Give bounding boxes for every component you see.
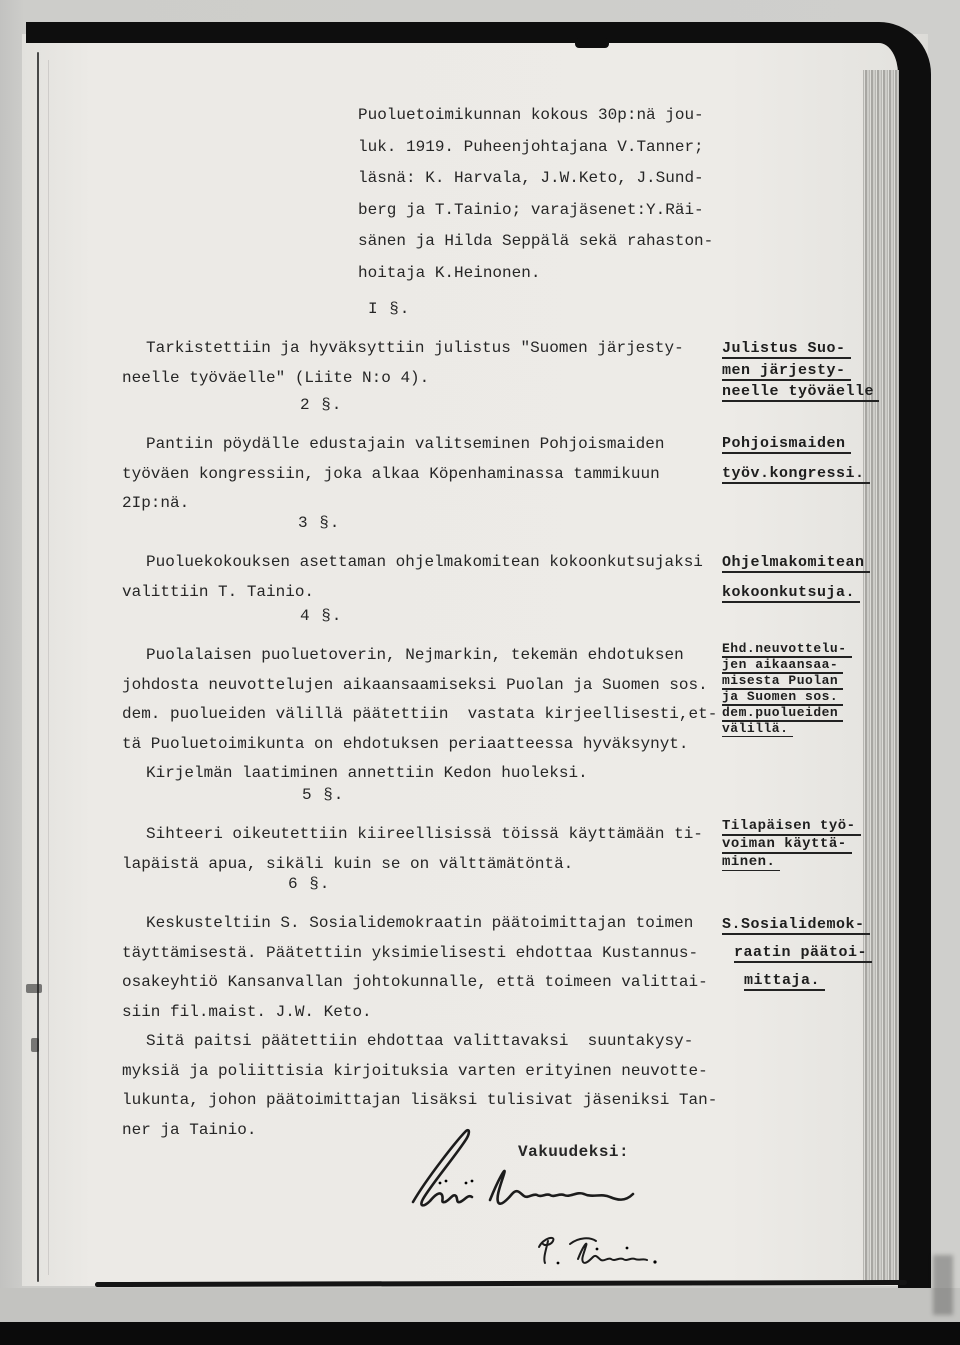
header-line: luk. 1919. Puheenjohtajana V.Tanner; (358, 132, 713, 164)
scan-smudge (31, 1038, 39, 1052)
section-margin-note: S.Sosialidemok-raatin päätoi-mittaja. (722, 911, 886, 995)
body-line: lukunta, johon päätoimittajan lisäksi tu… (122, 1086, 727, 1116)
page-fold-line (37, 52, 39, 1282)
body-line: Puolalaisen puoluetoverin, Nejmarkin, te… (122, 641, 727, 671)
body-line: tä Puoluetoimikunta on ehdotuksen periaa… (122, 730, 727, 760)
header-line: Puoluetoimikunnan kokous 30p:nä jou- (358, 100, 713, 132)
section-heading: 5 §. (302, 786, 344, 804)
scan-bottom-gray-band (0, 1288, 960, 1322)
signature-tanner (395, 1122, 655, 1217)
section-heading: 3 §. (298, 514, 340, 532)
margin-note-line: men järjesty- (722, 360, 886, 382)
header-line: läsnä: K. Harvala, J.W.Keto, J.Sund- (358, 163, 713, 195)
margin-note-line: Ohjelmakomitean (722, 548, 886, 578)
section-body: Puoluekokouksen asettaman ohjelmakomitea… (122, 548, 727, 607)
margin-note-line: välillä. (722, 721, 886, 737)
scan-smudge (26, 984, 42, 993)
body-line: Sitä paitsi päätettiin ehdottaa valittav… (122, 1027, 727, 1057)
margin-note-line: Pohjoismaiden (722, 429, 886, 459)
section-margin-note: Ohjelmakomiteankokoonkutsuja. (722, 548, 886, 607)
body-line: dem. puolueiden välillä päätettiin vasta… (122, 700, 727, 730)
margin-note-line: voiman käyttä- (722, 835, 886, 853)
section-body: Keskusteltiin S. Sosialidemokraatin päät… (122, 909, 727, 1145)
margin-note-line: mittaja. (722, 967, 886, 995)
margin-note-line: S.Sosialidemok- (722, 911, 886, 939)
body-line: Sihteeri oikeutettiin kiireellisissä töi… (122, 820, 727, 850)
body-line: Kirjelmän laatiminen annettiin Kedon huo… (122, 759, 727, 789)
body-line: osakeyhtiö Kansanvallan johtokunnalle, e… (122, 968, 727, 998)
body-line: työväen kongressiin, joka alkaa Köpenham… (122, 460, 727, 490)
page-fold-line-faint (48, 60, 49, 1275)
body-line: neelle työväelle" (Liite N:o 4). (122, 364, 727, 394)
body-line: myksiä ja poliittisia kirjoituksia varte… (122, 1057, 727, 1087)
body-line: täyttämisestä. Päätettiin yksimielisesti… (122, 939, 727, 969)
scan-bottom-black-band (0, 1322, 960, 1345)
body-line: valittiin T. Tainio. (122, 578, 727, 608)
signature-tainio (533, 1228, 688, 1280)
margin-note-line: neelle työväelle (722, 381, 886, 403)
section-margin-note: Tilapäisen työ-voiman käyttä-minen. (722, 817, 886, 871)
frame-ink-blob (575, 38, 609, 48)
minutes-header: Puoluetoimikunnan kokous 30p:nä jou-luk.… (358, 100, 713, 289)
margin-note-line: Tilapäisen työ- (722, 817, 886, 835)
body-line: johdosta neuvottelujen aikaansaamiseksi … (122, 671, 727, 701)
body-line: Puoluekokouksen asettaman ohjelmakomitea… (122, 548, 727, 578)
body-line: siin fil.maist. J.W. Keto. (122, 998, 727, 1028)
header-line: sänen ja Hilda Seppälä sekä rahaston- (358, 226, 713, 258)
margin-note-line: misesta Puolan (722, 673, 886, 689)
section-body: Sihteeri oikeutettiin kiireellisissä töi… (122, 820, 727, 879)
section-margin-note: Julistus Suo-men järjesty-neelle työväel… (722, 338, 886, 403)
section-heading: 6 §. (288, 875, 330, 893)
section-body: Pantiin pöydälle edustajain valitseminen… (122, 430, 727, 519)
section-heading: 4 §. (300, 607, 342, 625)
body-line: Tarkistettiin ja hyväksyttiin julistus "… (122, 334, 727, 364)
body-line: 2Ip:nä. (122, 489, 727, 519)
margin-note-line: kokoonkutsuja. (722, 578, 886, 608)
scan-right-smudge (933, 1255, 953, 1315)
scanned-document-page: Puoluetoimikunnan kokous 30p:nä jou-luk.… (0, 0, 960, 1345)
header-line: hoitaja K.Heinonen. (358, 258, 713, 290)
section-body: Puolalaisen puoluetoverin, Nejmarkin, te… (122, 641, 727, 789)
body-line: Pantiin pöydälle edustajain valitseminen… (122, 430, 727, 460)
header-line: berg ja T.Tainio; varajäsenet:Y.Räi- (358, 195, 713, 227)
section-margin-note: Pohjoismaidentyöv.kongressi. (722, 429, 886, 488)
body-line: Keskusteltiin S. Sosialidemokraatin päät… (122, 909, 727, 939)
margin-note-line: jen aikaansaa- (722, 657, 886, 673)
section-margin-note: Ehd.neuvottelu-jen aikaansaa-misesta Puo… (722, 641, 886, 737)
section-heading: I §. (368, 300, 410, 318)
body-line: lapäistä apua, sikäli kuin se on välttäm… (122, 850, 727, 880)
section-heading: 2 §. (300, 396, 342, 414)
margin-note-line: minen. (722, 853, 886, 871)
section-body: Tarkistettiin ja hyväksyttiin julistus "… (122, 334, 727, 393)
margin-note-line: dem.puolueiden (722, 705, 886, 721)
margin-note-line: Julistus Suo- (722, 338, 886, 360)
margin-note-line: ja Suomen sos. (722, 689, 886, 705)
margin-note-line: raatin päätoi- (722, 939, 886, 967)
margin-note-line: työv.kongressi. (722, 459, 886, 489)
margin-note-line: Ehd.neuvottelu- (722, 641, 886, 657)
